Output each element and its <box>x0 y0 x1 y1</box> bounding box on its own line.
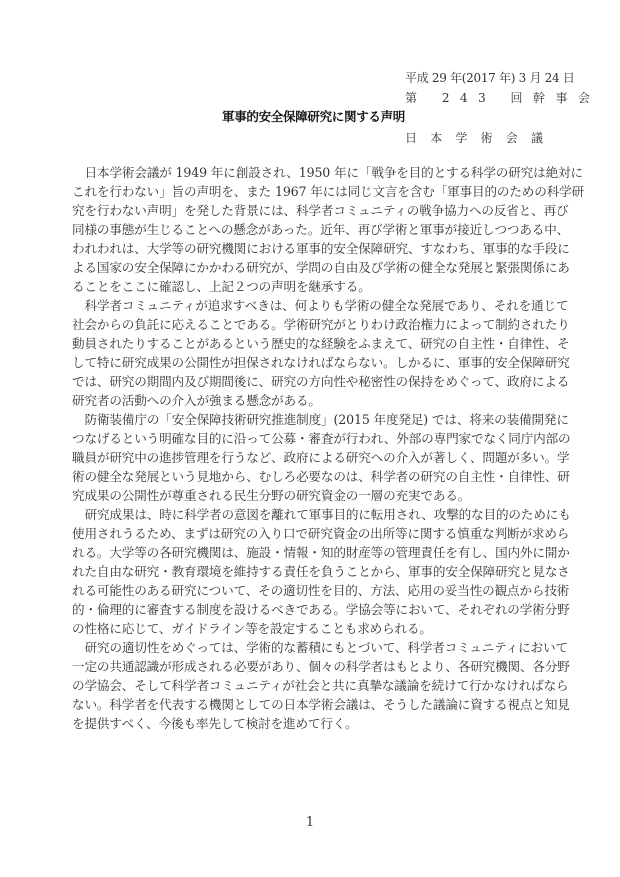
text-line: 動員されたりすることがあるという歴史的な経験をふまえて、研究の自主性・自律性、そ <box>72 334 550 353</box>
document-title: 軍事的安全保障研究に関する声明 <box>222 109 405 125</box>
text-line: 使用されうるため、まずは研究の入り口で研究資金の出所等に関する慎重な判断が求めら <box>72 524 550 543</box>
statement-body: 日本学術会議が 1949 年に創設され、1950 年に「戦争を目的とする科学の研… <box>72 163 550 733</box>
text-line: 的・倫理的に審査する制度を設けるべきである。学協会等において、それぞれの学術分野 <box>72 600 550 619</box>
paragraph-4: 研究成果は、時に科学者の意図を離れて軍事目的に転用され、攻撃的な目的のためにも … <box>72 505 550 638</box>
text-line: 社会からの負託に応えることである。学術研究がとりわけ政治権力によって制約されたり <box>72 315 550 334</box>
text-line: 日本学術会議が 1949 年に創設され、1950 年に「戦争を目的とする科学の研… <box>72 163 550 182</box>
text-line: れた自由な研究・教育環境を維持する責任を負うことから、軍事的安全保障研究と見なさ <box>72 562 550 581</box>
text-line: 防衛装備庁の「安全保障技術研究推進制度」(2015 年度発足) では、将来の装備… <box>72 410 550 429</box>
text-line: 一定の共通認識が形成される必要があり、個々の科学者はもとより、各研究機関、各分野 <box>72 657 550 676</box>
text-line: 職員が研究中の進捗管理を行うなど、政府による研究への介入が著しく、問題が多い。学 <box>72 448 550 467</box>
paragraph-3: 防衛装備庁の「安全保障技術研究推進制度」(2015 年度発足) では、将来の装備… <box>72 410 550 505</box>
text-line: 究成果の公開性が尊重される民生分野の研究資金の一層の充実である。 <box>72 486 550 505</box>
text-line: 研究者の活動への介入が強まる懸念がある。 <box>72 391 550 410</box>
text-line: れる。大学等の各研究機関は、施設・情報・知的財産等の管理責任を有し、国内外に開か <box>72 543 550 562</box>
paragraph-5: 研究の適切性をめぐっては、学術的な蓄積にもとづいて、科学者コミュニティにおいて … <box>72 638 550 733</box>
text-line: ることをここに確認し、上記２つの声明を継承する。 <box>72 277 550 296</box>
meeting-number: 第 243 回幹事会 <box>405 90 601 106</box>
text-line: これを行わない」旨の声明を、また 1967 年には同じ文言を含む「軍事目的のため… <box>72 182 550 201</box>
page-number: 1 <box>300 815 320 830</box>
text-line: の性格に応じて、ガイドライン等を設定することも求められる。 <box>72 619 550 638</box>
text-line: よる国家の安全保障にかかわる研究が、学問の自由及び学術の健全な発展と緊張関係にあ <box>72 258 550 277</box>
text-line: の学協会、そして科学者コミュニティが社会と共に真摯な議論を続けて行かなければなら <box>72 676 550 695</box>
text-line: を提供すべく、今後も率先して検討を進めて行く。 <box>72 714 550 733</box>
text-line: 科学者コミュニティが追求すべきは、何よりも学術の健全な発展であり、それを通じて <box>72 296 550 315</box>
statement-date: 平成 29 年(2017 年) 3 月 24 日 <box>405 70 575 86</box>
text-line: われわれは、大学等の研究機関における軍事的安全保障研究、すなわち、軍事的な手段に <box>72 239 550 258</box>
text-line: 研究の適切性をめぐっては、学術的な蓄積にもとづいて、科学者コミュニティにおいて <box>72 638 550 657</box>
text-line: では、研究の期間内及び期間後に、研究の方向性や秘密性の保持をめぐって、政府による <box>72 372 550 391</box>
paragraph-2: 科学者コミュニティが追求すべきは、何よりも学術の健全な発展であり、それを通じて … <box>72 296 550 410</box>
document-page: 平成 29 年(2017 年) 3 月 24 日 第 243 回幹事会 軍事的安… <box>0 0 620 877</box>
text-line: 研究成果は、時に科学者の意図を離れて軍事目的に転用され、攻撃的な目的のためにも <box>72 505 550 524</box>
text-line: れる可能性のある研究について、その適切性を目的、方法、応用の妥当性の観点から技術 <box>72 581 550 600</box>
text-line: つなげるという明確な目的に沿って公募・審査が行われ、外部の専門家でなく同庁内部の <box>72 429 550 448</box>
paragraph-1: 日本学術会議が 1949 年に創設され、1950 年に「戦争を目的とする科学の研… <box>72 163 550 296</box>
text-line: ない。科学者を代表する機関としての日本学術会議は、そうした議論に資する視点と知見 <box>72 695 550 714</box>
text-line: 術の健全な発展という見地から、むしろ必要なのは、科学者の研究の自主性・自律性、研 <box>72 467 550 486</box>
issuing-organization: 日本学術会議 <box>405 130 556 146</box>
text-line: して特に研究成果の公開性が担保されなければならない。しかるに、軍事的安全保障研究 <box>72 353 550 372</box>
text-line: 同様の事態が生じることへの懸念があった。近年、再び学術と軍事が接近しつつある中、 <box>72 220 550 239</box>
text-line: 究を行わない声明」を発した背景には、科学者コミュニティの戦争協力への反省と、再び <box>72 201 550 220</box>
